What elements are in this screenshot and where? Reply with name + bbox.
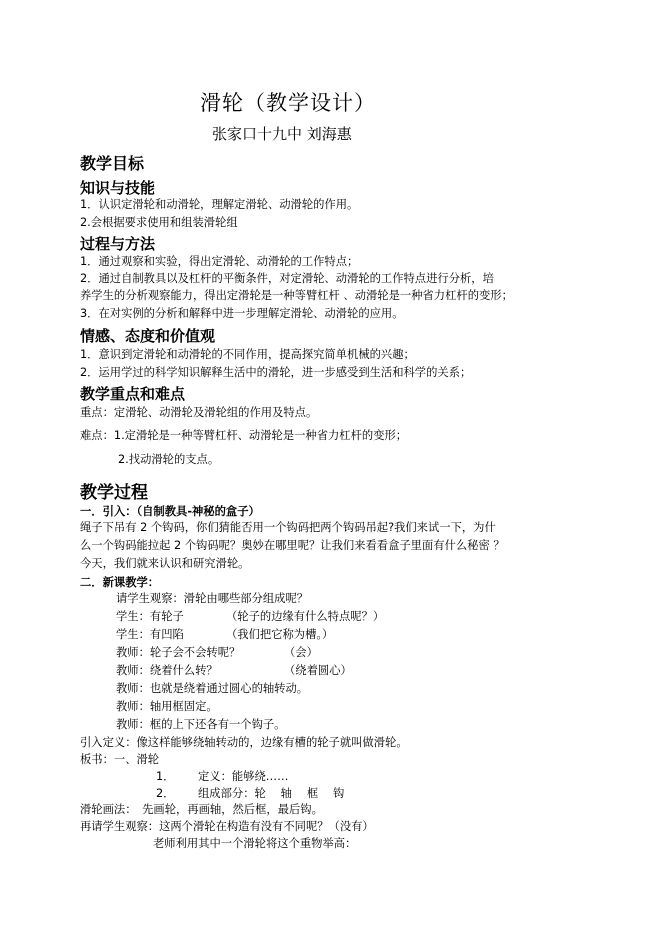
dialogue-text: 有凹陷 [150,628,184,641]
intro-line: 么一个钩码能拉起 2 个钩码呢？奥妙在哪里呢？让我们来看看盒子里面有什么秘密 ？ [80,538,505,554]
subheading-key-points: 教学重点和难点 [80,383,185,404]
focus-point: 重点：定滑轮、动滑轮及滑轮组的作用及特点。 [80,405,317,421]
section-heading-goals: 教学目标 [80,151,144,174]
dialogue-line: 学生：有凹陷 [116,627,184,643]
dialogue-line: 教师：框的上下还各有一个钩子。 [116,717,285,733]
difficulty-point-2: 2.找动滑轮的支点。 [118,452,219,468]
dialogue-speaker: 学生： [116,628,150,641]
difficulty-point-1: 难点：1.定滑轮是一种等臂杠杆、动滑轮是一种省力杠杆的变形； [80,428,407,444]
drawing-method-line: 滑轮画法： 先画轮，再画轴，然后框，最后钩。 [80,802,323,818]
dialogue-text: 轮子会不会转呢？ [150,646,240,659]
board-item-text: 组成部分：轮 轴 框 钩 [198,786,344,802]
dialogue-line: 学生：有轮子 [116,609,184,625]
dialogue-note: （会） [284,645,318,661]
definition-line: 引入定义：像这样能够绕轴转动的，边缘有槽的轮子就叫做滑轮。 [80,735,408,751]
dialogue-text: 也就是绕着通过圆心的轴转动。 [150,682,308,695]
dialogue-speaker: 学生： [116,610,150,623]
dialogue-speaker: 教师： [116,682,150,695]
process-item: 1．通过观察和实验，得出定滑轮、动滑轮的工作特点； [80,254,358,270]
dialogue-speaker: 教师： [116,700,150,713]
knowledge-item: 2.会根据要求使用和组装滑轮组 [80,215,238,231]
dialogue-text: 框的上下还各有一个钩子。 [150,718,286,731]
dialogue-line: 教师：绕着什么转？ [116,663,218,679]
process-item: 3．在对实例的分析和解释中进一步理解定滑轮、动滑轮的应用。 [80,306,404,322]
dialogue-line: 请学生观察：滑轮由哪些部分组成呢？ [116,591,308,607]
dialogue-text: 绕着什么转？ [150,664,218,677]
dialogue-text: 滑轮由哪些部分组成呢？ [184,592,308,605]
dialogue-text: 轴用框固定。 [150,700,218,713]
knowledge-item: 1．认识定滑轮和动滑轮，理解定滑轮、动滑轮的作用。 [80,197,358,213]
dialogue-note: （轮子的边缘有什么特点呢？） [226,609,384,625]
dialogue-note: （绕着圆心） [284,663,352,679]
dialogue-speaker: 教师： [116,664,150,677]
intro-line: 今天，我们就来认识和研究滑轮。 [80,556,249,572]
intro-heading: 一．引入：（自制教具-神秘的盒子） [80,503,260,519]
board-line: 板书：一、滑轮 [80,752,159,768]
board-item-text: 定义：能够绕…… [198,769,288,785]
emotion-item: 2．运用学过的科学知识解释生活中的滑轮，进一步感受到生活和科学的关系； [80,365,471,381]
new-lesson-heading: 二．新课教学： [80,574,159,590]
dialogue-speaker: 请学生观察： [116,592,184,605]
dialogue-speaker: 教师： [116,646,150,659]
dialogue-speaker: 教师： [116,718,150,731]
dialogue-text: 有轮子 [150,610,184,623]
dialogue-line: 教师：也就是绕着通过圆心的轴转动。 [116,681,308,697]
dialogue-line: 教师：轴用框固定。 [116,699,218,715]
subheading-process: 过程与方法 [80,233,155,254]
emotion-item: 1．意识到定滑轮和动滑轮的不同作用，提高探究简单机械的兴趣； [80,347,415,363]
intro-line: 绳子下吊有 2 个钩码，你们猜能否用一个钩码把两个钩码吊起?我们来试一下，为什 [80,520,496,536]
document-title: 滑轮（教学设计） [200,87,376,117]
section-heading-procedure: 教学过程 [80,478,148,503]
observe-again-line: 再请学生观察：这两个滑轮在构造有没有不同呢？（没有） [80,819,374,835]
author-line: 张家口十九中 刘海惠 [212,123,352,144]
process-item: 养学生的分析观察能力，得出定滑轮是一种等臂杠杆 、动滑轮是一种省力杠杆的变形； [80,288,513,304]
process-item: 2．通过自制教具以及杠杆的平衡条件，对定滑轮、动滑轮的工作特点进行分析，培 [80,271,494,287]
dialogue-note: （我们把它称为槽。） [226,627,333,643]
board-item-number: 1． [156,769,175,785]
dialogue-line: 教师：轮子会不会转呢？ [116,645,240,661]
subheading-emotion: 情感、态度和价值观 [80,325,215,346]
teacher-lift-line: 老师利用其中一个滑轮将这个重物举高： [153,836,356,852]
subheading-knowledge: 知识与技能 [80,177,155,198]
board-item-number: 2． [156,786,175,802]
